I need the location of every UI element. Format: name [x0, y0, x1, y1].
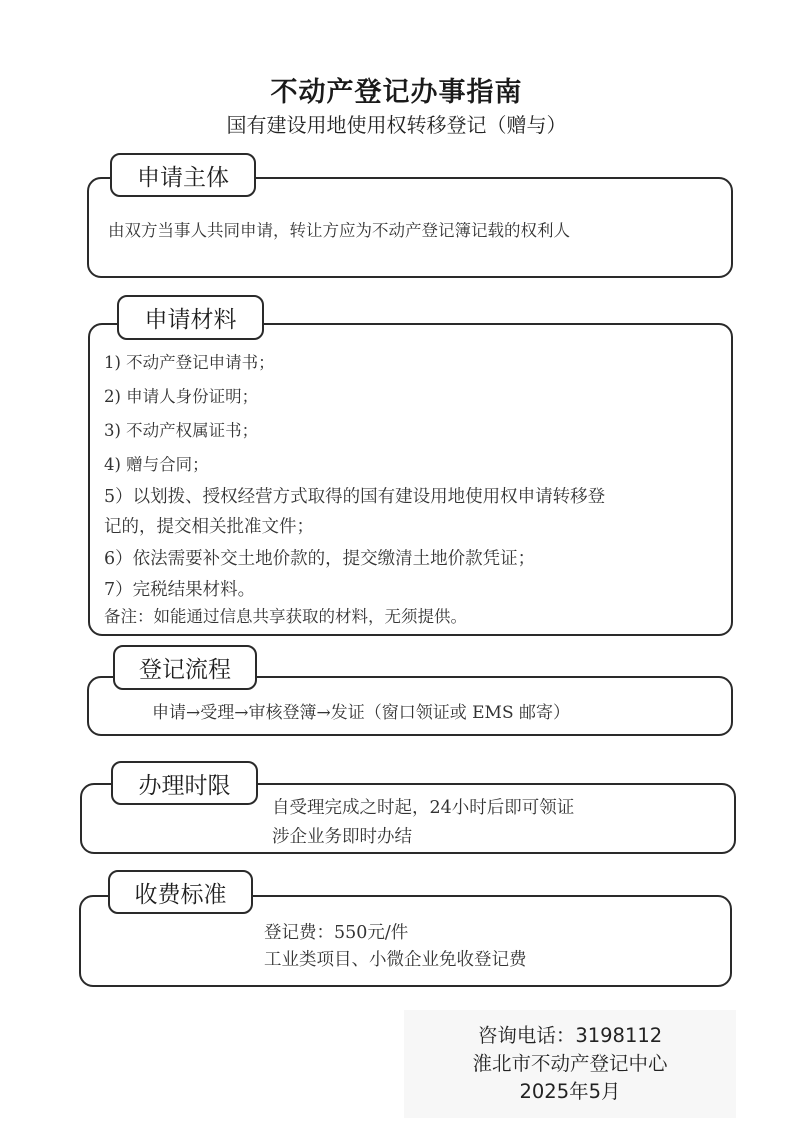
fee-text: 工业类项目、小微企业免收登记费 — [264, 946, 527, 971]
material-item: 6）依法需要补交土地价款的，提交缴清土地价款凭证； — [104, 545, 535, 570]
section-label: 办理时限 — [111, 761, 258, 805]
footer-date: 2025年5月 — [404, 1076, 736, 1104]
time-limit-text: 自受理完成之时起，24小时后即可领证 — [272, 794, 574, 819]
section-label: 登记流程 — [113, 645, 257, 690]
material-item: 3) 不动产权属证书； — [104, 417, 258, 441]
page-subtitle: 国有建设用地使用权转移登记（赠与） — [0, 109, 793, 138]
page-title: 不动产登记办事指南 — [0, 70, 793, 109]
material-item: 2) 申请人身份证明； — [104, 383, 258, 407]
section-label: 收费标准 — [108, 870, 253, 914]
process-flow: 申请→受理→审核登簿→发证（窗口领证或 EMS 邮寄） — [152, 698, 570, 723]
fee-text: 登记费：550元/件 — [264, 919, 408, 944]
material-item: 5）以划拨、授权经营方式取得的国有建设用地使用权申请转移登 — [104, 483, 605, 508]
section-text: 由双方当事人共同申请，转让方应为不动产登记簿记载的权利人 — [108, 217, 570, 241]
footer-phone: 咨询电话：3198112 — [404, 1020, 736, 1048]
section-label: 申请材料 — [117, 295, 264, 340]
time-limit-text: 涉企业务即时办结 — [272, 823, 412, 848]
material-item: 记的，提交相关批准文件； — [104, 513, 314, 538]
material-item: 7）完税结果材料。 — [104, 576, 255, 601]
material-note: 备注：如能通过信息共享获取的材料，无须提供。 — [104, 603, 467, 627]
material-item: 1) 不动产登记申请书； — [104, 349, 275, 373]
footer-organization: 淮北市不动产登记中心 — [404, 1048, 736, 1076]
material-item: 4) 赠与合同； — [104, 451, 209, 475]
section-label: 申请主体 — [110, 153, 256, 197]
